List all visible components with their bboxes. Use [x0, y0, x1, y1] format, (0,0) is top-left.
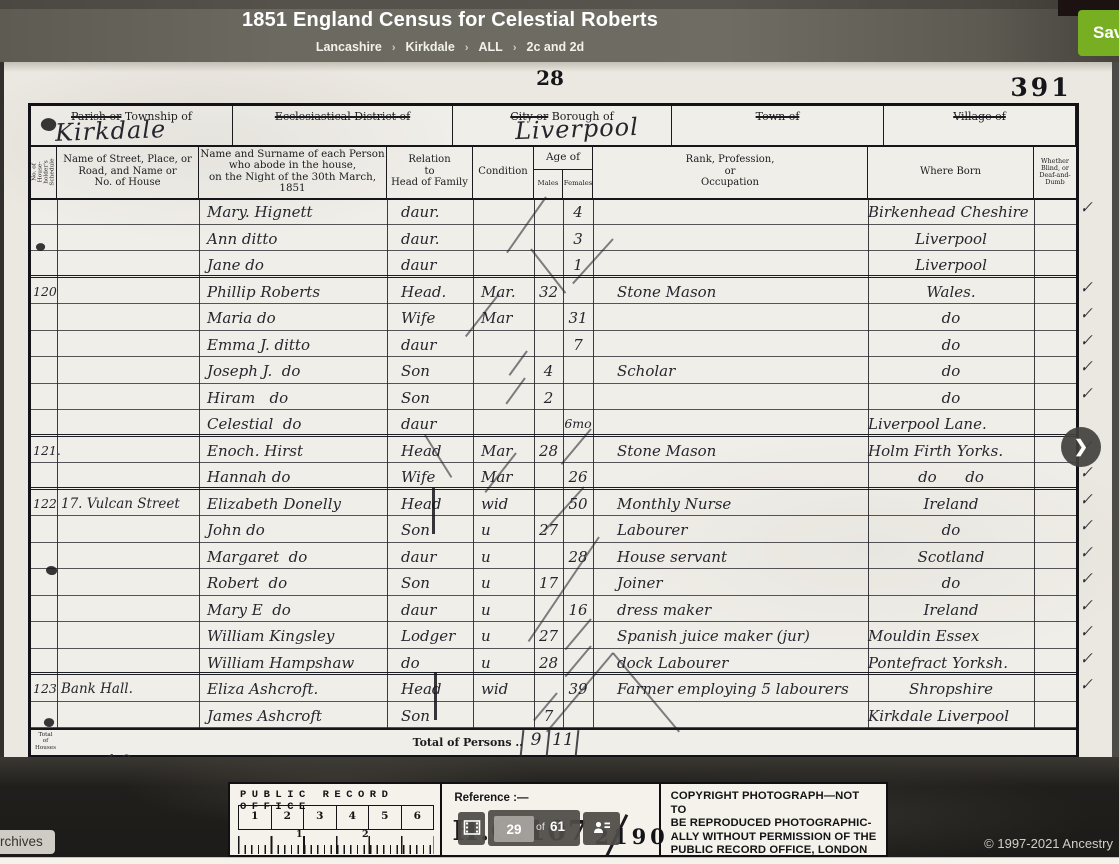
cell-occupation: House servant — [617, 546, 872, 568]
page-number-top: 28 — [518, 66, 582, 90]
cell-born: Mouldin Essex — [868, 625, 1034, 647]
cell-relation: Son — [401, 572, 481, 594]
table-row: Emma J. dittodaur7do — [31, 331, 1076, 358]
place-header-band: Parish or Township ofKirkdaleEcclesiasti… — [31, 106, 1076, 147]
column-header-males: Males — [534, 169, 563, 198]
cell-born: Liverpool Lane. — [868, 413, 1034, 435]
cell-name: Jane do — [207, 254, 397, 276]
cell-born: Ireland — [868, 493, 1034, 515]
cell-relation: daur — [401, 413, 481, 435]
folio-number: 391 — [1006, 73, 1076, 102]
total-houses-label: Total of Houses — [32, 732, 59, 751]
cell-name: Emma J. ditto — [207, 334, 397, 356]
ancestry-copyright: © 1997-2021 Ancestry — [0, 836, 1113, 851]
place-header-cell: Parish or Township ofKirkdale — [31, 106, 233, 145]
inch-cell: 3 — [304, 806, 337, 829]
row-checkmark: ✓ — [1079, 382, 1098, 403]
cell-relation: daur — [401, 334, 481, 356]
ink-stroke-vertical — [432, 488, 435, 534]
ruler-inches: 123456 — [238, 805, 434, 830]
cell-street: Bank Hall. — [61, 678, 201, 700]
place-header-cell: City or Borough ofLiverpool — [453, 106, 672, 145]
column-header: Where Born — [868, 145, 1034, 198]
struck-text: Village of — [953, 110, 1006, 123]
cell-name: Celestial do — [207, 413, 397, 435]
cell-condition: Mar — [481, 307, 536, 329]
row-checkmark: ✓ — [1079, 329, 1098, 350]
breadcrumb-item-all[interactable]: ALL — [479, 40, 503, 54]
cell-relation: Head — [401, 493, 481, 515]
row-checkmark: ✓ — [1079, 674, 1098, 695]
cell-name: John do — [207, 519, 397, 541]
column-header: Age ofMalesFemales — [534, 145, 593, 198]
column-header: No. of House- holder's Schedule — [31, 145, 57, 198]
total-persons-females: 11 — [550, 730, 576, 750]
cell-relation: daur. — [401, 201, 481, 223]
cell-born: do — [868, 334, 1034, 356]
row-checkmark: ✓ — [1079, 541, 1098, 562]
ink-divider — [520, 730, 524, 757]
place-header-cell: Ecclesiastical District of — [233, 106, 453, 145]
cell-born: Liverpool — [868, 254, 1034, 276]
table-row: Maria doWifeMar31do — [31, 304, 1076, 331]
column-header-females: Females — [563, 169, 593, 198]
column-header-schedule: No. of House- holder's Schedule — [32, 158, 56, 185]
place-header-cell: Town of — [672, 106, 884, 145]
cell-age-m: 17 — [534, 572, 563, 594]
breadcrumb-separator: › — [392, 42, 396, 54]
table-row: Celestial dodaur6moLiverpool Lane. — [31, 410, 1076, 437]
inch-cell: 4 — [337, 806, 370, 829]
cell-born: Kirkdale Liverpool — [868, 705, 1034, 727]
cell-age-m: 27 — [534, 519, 563, 541]
cell-relation: do — [401, 652, 481, 674]
column-header-text: Where Born — [920, 166, 981, 178]
column-header: Name of Street, Place, or Road, and Name… — [57, 145, 199, 198]
cell-relation: daur — [401, 254, 481, 276]
cell-street: 17. Vulcan Street — [61, 493, 201, 515]
breadcrumb-separator: › — [513, 42, 517, 54]
copyright-line: COPYRIGHT PHOTOGRAPH—NOT TO — [671, 790, 878, 817]
table-row: Margaret dodauru28House servantScotland — [31, 543, 1076, 570]
cell-born: do — [868, 572, 1034, 594]
table-row: William KingsleyLodgeru27Spanish juice m… — [31, 622, 1076, 649]
cell-occupation: Stone Mason — [617, 281, 872, 303]
header-shade — [0, 0, 1119, 9]
place-header-label: Village of — [884, 110, 1075, 123]
cell-occupation: dock Labourer — [617, 652, 872, 674]
cell-age-f: 4 — [563, 201, 593, 223]
table-row: 12217. Vulcan StreetElizabeth DonellyHea… — [31, 490, 1076, 517]
cell-age-m: 28 — [534, 652, 563, 674]
cell-age-f: 26 — [563, 466, 593, 488]
column-header-text: Whether Blind, or Deaf-and- Dumb — [1039, 158, 1070, 186]
cell-born: Pontefract Yorksh. — [868, 652, 1034, 674]
cell-relation: daur — [401, 599, 481, 621]
inch-cell: 6 — [402, 806, 434, 829]
cell-relation: Wife — [401, 466, 481, 488]
cell-condition: u — [481, 599, 536, 621]
cell-name: Margaret do — [207, 546, 397, 568]
next-page-button[interactable]: ❯ — [1061, 427, 1101, 467]
row-checkmark: ✓ — [1079, 594, 1098, 615]
column-header-text: Rank, Profession, or Occupation — [686, 154, 775, 189]
row-checkmark: ✓ — [1079, 303, 1098, 324]
row-checkmark: ✓ — [1079, 647, 1098, 668]
cell-condition: u — [481, 572, 536, 594]
cell-relation: Son — [401, 705, 481, 727]
cell-relation: daur — [401, 546, 481, 568]
table-row: William Hampshawdou28dock LabourerPontef… — [31, 649, 1076, 676]
table-row: Hannah doWifeMar26do do — [31, 463, 1076, 490]
cell-born: Ireland — [868, 599, 1034, 621]
column-header-text: Relation to Head of Family — [391, 154, 468, 189]
table-row: Robert doSonu17Joinerdo — [31, 569, 1076, 596]
struck-text: Ecclesiastical District of — [275, 110, 410, 123]
cell-age-f: 16 — [563, 599, 593, 621]
cell-name: James Ashcroft — [207, 705, 397, 727]
table-row: 120Phillip RobertsHead.Mar.32Stone Mason… — [31, 278, 1076, 305]
cell-relation: Head. — [401, 281, 481, 303]
row-checkmark: ✓ — [1079, 276, 1098, 297]
cell-age-m: 2 — [534, 387, 563, 409]
cell-born: do — [868, 519, 1034, 541]
cell-condition: u — [481, 546, 536, 568]
breadcrumb-item-kirkdale[interactable]: Kirkdale — [406, 40, 455, 54]
table-row: Hiram doSon2do — [31, 384, 1076, 411]
bottom-strip — [0, 857, 1119, 864]
total-persons-males: 9 — [525, 730, 547, 750]
cell-age-m: 4 — [534, 360, 563, 382]
cell-occupation: Spanish juice maker (jur) — [617, 625, 872, 647]
column-header: Name and Surname of each Person who abod… — [199, 145, 387, 198]
image-left-edge — [0, 62, 4, 757]
cell-born: do — [868, 387, 1034, 409]
table-row: Mary. Hignettdaur.4Birkenhead Cheshire — [31, 198, 1076, 225]
cell-occupation: Labourer — [617, 519, 872, 541]
cell-relation: Son — [401, 360, 481, 382]
cell-relation: daur. — [401, 228, 481, 250]
cell-age-f: 7 — [563, 334, 593, 356]
image-right-edge — [1112, 62, 1119, 757]
cell-condition: wid — [481, 493, 536, 515]
cell-condition: u — [481, 652, 536, 674]
cell-condition: Mar. — [481, 281, 536, 303]
filmstrip-icon — [463, 820, 480, 838]
cell-name: Elizabeth Donelly — [207, 493, 397, 515]
table-row: Jane dodaur1Liverpool — [31, 251, 1076, 278]
cell-name: Hiram do — [207, 387, 397, 409]
cell-name: Mary E do — [207, 599, 397, 621]
cell-occupation: Joiner — [617, 572, 872, 594]
row-checkmark: ✓ — [1079, 356, 1098, 377]
totals-band: Total of Houses 1 2 U B Total of Persons… — [31, 728, 1076, 757]
cell-name: Joseph J. do — [207, 360, 397, 382]
cell-condition: wid — [481, 678, 536, 700]
total-persons-label: Total of Persons .. — [361, 736, 523, 749]
breadcrumb: Lancashire›Kirkdale›ALL›2c and 2d — [60, 40, 840, 54]
cell-name: William Hampshaw — [207, 652, 397, 674]
cell-name: Ann ditto — [207, 228, 397, 250]
record-viewer: 1851 England Census for Celestial Robert… — [0, 0, 1119, 864]
cell-relation: Son — [401, 387, 481, 409]
column-header: Condition — [473, 145, 534, 198]
place-header-value: Liverpool — [515, 113, 640, 145]
table-row: Mary E dodauru16dress makerIreland — [31, 596, 1076, 623]
cell-age-f: 31 — [563, 307, 593, 329]
cell-condition: u — [481, 519, 536, 541]
column-header-text: Name and Surname of each Person who abod… — [199, 149, 386, 195]
cell-condition: Mar — [481, 440, 536, 462]
column-header: Relation to Head of Family — [387, 145, 473, 198]
cell-born: Scotland — [868, 546, 1034, 568]
cell-born: Birkenhead Cheshire — [868, 201, 1034, 223]
cell-relation: Son — [401, 519, 481, 541]
app-header: 1851 England Census for Celestial Robert… — [0, 0, 1119, 62]
place-header-label: Town of — [672, 110, 883, 123]
cell-born: do do — [868, 466, 1034, 488]
cell-occupation: Scholar — [617, 360, 872, 382]
place-header-cell: Village of — [884, 106, 1076, 145]
table-row: Joseph J. doSon4Scholardo — [31, 357, 1076, 384]
cell-schedule: 122 — [33, 493, 59, 515]
table-row: 121.Enoch. HirstHeadMar28Stone MasonHolm… — [31, 437, 1076, 464]
column-header: Rank, Profession, or Occupation — [593, 145, 868, 198]
cell-schedule: 120 — [33, 281, 59, 303]
cell-age-f: 3 — [563, 228, 593, 250]
cell-name: Eliza Ashcroft. — [207, 678, 397, 700]
column-header-text: Condition — [478, 166, 527, 178]
struck-text: Town of — [756, 110, 800, 123]
census-table: Parish or Township ofKirkdaleEcclesiasti… — [28, 103, 1079, 758]
breadcrumb-separator: › — [465, 42, 469, 54]
table-row: Ann dittodaur.3Liverpool — [31, 225, 1076, 252]
page-title: 1851 England Census for Celestial Robert… — [60, 9, 840, 32]
cell-relation: Wife — [401, 307, 481, 329]
column-header: Whether Blind, or Deaf-and- Dumb — [1034, 145, 1076, 198]
column-header-band: No. of House- holder's ScheduleName of S… — [31, 145, 1076, 200]
cell-born: Holm Firth Yorks. — [868, 440, 1034, 462]
cell-occupation: dress maker — [617, 599, 872, 621]
cell-name: Phillip Roberts — [207, 281, 397, 303]
row-checkmark: ✓ — [1079, 568, 1098, 589]
chevron-right-icon: ❯ — [1074, 437, 1088, 456]
column-header-age: Age of — [534, 145, 592, 170]
breadcrumb-item-2c-and-2d[interactable]: 2c and 2d — [527, 40, 585, 54]
row-checkmark: ✓ — [1079, 197, 1098, 218]
people-index-icon — [592, 820, 611, 838]
page-of-label: of — [536, 821, 545, 833]
cell-occupation: Monthly Nurse — [617, 493, 872, 515]
cell-born: Wales. — [868, 281, 1034, 303]
cell-occupation: Farmer employing 5 labourers — [617, 678, 872, 700]
cell-occupation: Stone Mason — [617, 440, 872, 462]
cell-name: Mary. Hignett — [207, 201, 397, 223]
row-checkmark: ✓ — [1079, 515, 1098, 536]
cell-born: do — [868, 307, 1034, 329]
place-header-label: Ecclesiastical District of — [233, 110, 452, 123]
row-checkmark: ✓ — [1079, 488, 1098, 509]
cell-name: Enoch. Hirst — [207, 440, 397, 462]
reference-label: Reference :— — [454, 792, 528, 804]
save-button[interactable]: Save — [1078, 10, 1119, 56]
copyright-line: BE REPRODUCED PHOTOGRAPHIC- — [671, 817, 878, 831]
cell-relation: Lodger — [401, 625, 481, 647]
cell-relation: Head — [401, 678, 481, 700]
cell-name: Robert do — [207, 572, 397, 594]
inch-cell: 2 — [272, 806, 305, 829]
cell-name: Hannah do — [207, 466, 397, 488]
cell-age-m: 28 — [534, 440, 563, 462]
inch-cell: 5 — [369, 806, 402, 829]
cell-born: Shropshire — [868, 678, 1034, 700]
place-header-value: Kirkdale — [55, 115, 167, 147]
page-total: 61 — [550, 819, 565, 834]
cell-name: Maria do — [207, 307, 397, 329]
cell-schedule: 121. — [33, 440, 59, 462]
cell-born: do — [868, 360, 1034, 382]
row-checkmark: ✓ — [1079, 621, 1098, 642]
ink-stroke-vertical — [434, 672, 437, 720]
cell-schedule: 123 — [33, 678, 59, 700]
inch-cell: 1 — [239, 806, 272, 829]
age-subheaders: MalesFemales — [534, 169, 592, 198]
cell-born: Liverpool — [868, 228, 1034, 250]
breadcrumb-item-lancashire[interactable]: Lancashire — [316, 40, 382, 54]
cell-name: William Kingsley — [207, 625, 397, 647]
column-header-text: Name of Street, Place, or Road, and Name… — [63, 154, 192, 189]
cell-condition: u — [481, 625, 536, 647]
